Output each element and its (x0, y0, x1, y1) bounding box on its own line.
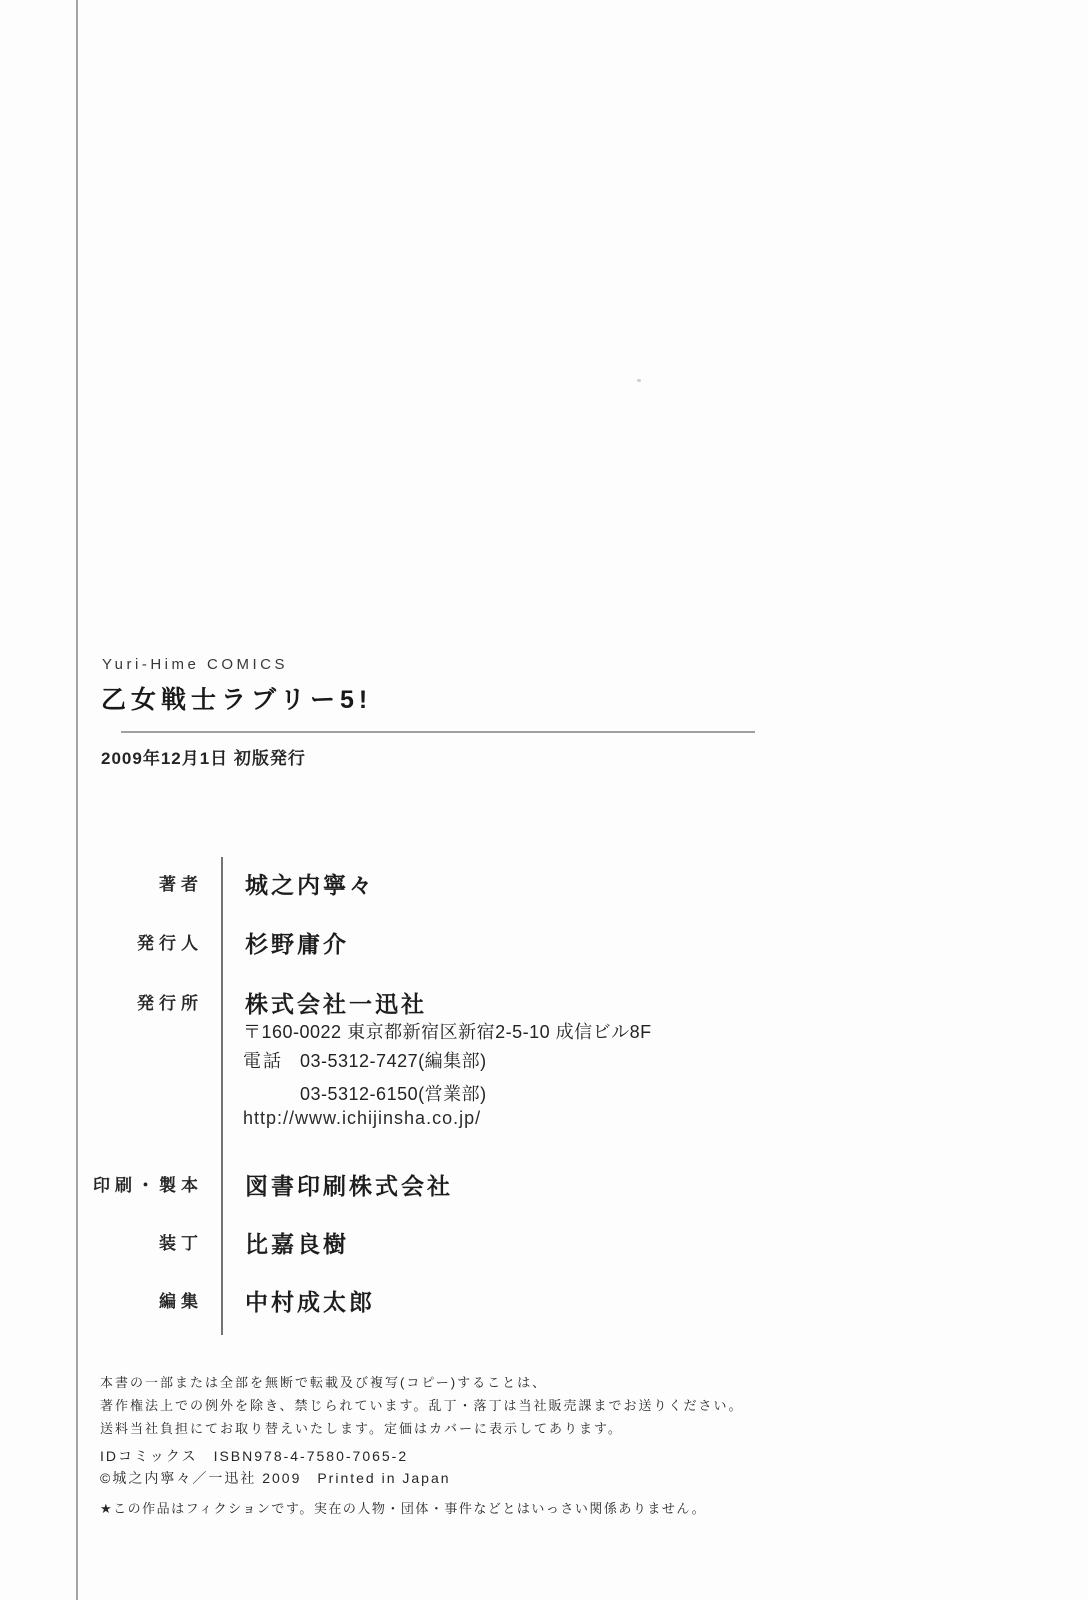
label-value-divider (221, 857, 223, 1335)
printing-label: 印刷・製本 (93, 1171, 203, 1201)
book-title: 乙女戦士ラブリー5! (101, 684, 372, 716)
fiction-disclaimer: ★この作品はフィクションです。実在の人物・団体・事件などとはいっさい関係ありませ… (100, 1498, 706, 1520)
notice-line-3: 送料当社負担にてお取り替えいたします。定価はカバーに表示してあります。 (100, 1417, 743, 1440)
colophon-page: Yuri-Hime COMICS 乙女戦士ラブリー5! 2009年12月1日 初… (0, 0, 1088, 1600)
editor-name: 中村成太郎 (245, 1287, 375, 1317)
notice-line-2: 著作権法上での例外を除き、禁じられています。乱丁・落丁は当社販売課までお送りくだ… (100, 1394, 743, 1417)
editing-label: 編集 (93, 1287, 203, 1317)
issuer-label: 発行人 (93, 929, 203, 959)
copyright-notice: 本書の一部または全部を無断で転載及び複写(コピー)することは、 著作権法上での例… (100, 1371, 743, 1440)
imprint-block: IDコミックス ISBN978-4-7580-7065-2 ©城之内寧々／一迅社… (100, 1445, 451, 1489)
edition-date: 2009年12月1日 初版発行 (101, 744, 306, 769)
publisher-name: 株式会社一迅社 (245, 989, 427, 1019)
design-label: 装丁 (93, 1229, 203, 1259)
publisher-address: 〒160-0022 東京都新宿区新宿2-5-10 成信ビル8F (243, 1020, 652, 1044)
author-name: 城之内寧々 (245, 870, 375, 900)
publisher-phone-editorial-line: 電話03-5312-7427(編集部) (243, 1049, 487, 1073)
publisher-phone-sales-line: 03-5312-6150(営業部) (243, 1082, 487, 1106)
title-rule (121, 731, 755, 733)
issuer-name: 杉野庸介 (245, 929, 349, 959)
phone-sales: 03-5312-6150(営業部) (300, 1084, 487, 1104)
notice-line-1: 本書の一部または全部を無断で転載及び複写(コピー)することは、 (100, 1371, 743, 1394)
publisher-label: 発行所 (93, 989, 203, 1019)
printing-company: 図書印刷株式会社 (245, 1171, 453, 1201)
page-edge-line (76, 0, 78, 1600)
author-label: 著者 (93, 870, 203, 900)
publisher-url: http://www.ichijinsha.co.jp/ (243, 1106, 481, 1130)
scan-speck (637, 379, 641, 382)
phone-editorial: 03-5312-7427(編集部) (300, 1051, 487, 1071)
series-label: Yuri-Hime COMICS (102, 656, 288, 673)
designer-name: 比嘉良樹 (245, 1229, 349, 1259)
phone-label: 電話 (243, 1049, 300, 1073)
imprint-isbn: IDコミックス ISBN978-4-7580-7065-2 (100, 1445, 451, 1467)
copyright-line: ©城之内寧々／一迅社 2009 Printed in Japan (100, 1467, 451, 1489)
